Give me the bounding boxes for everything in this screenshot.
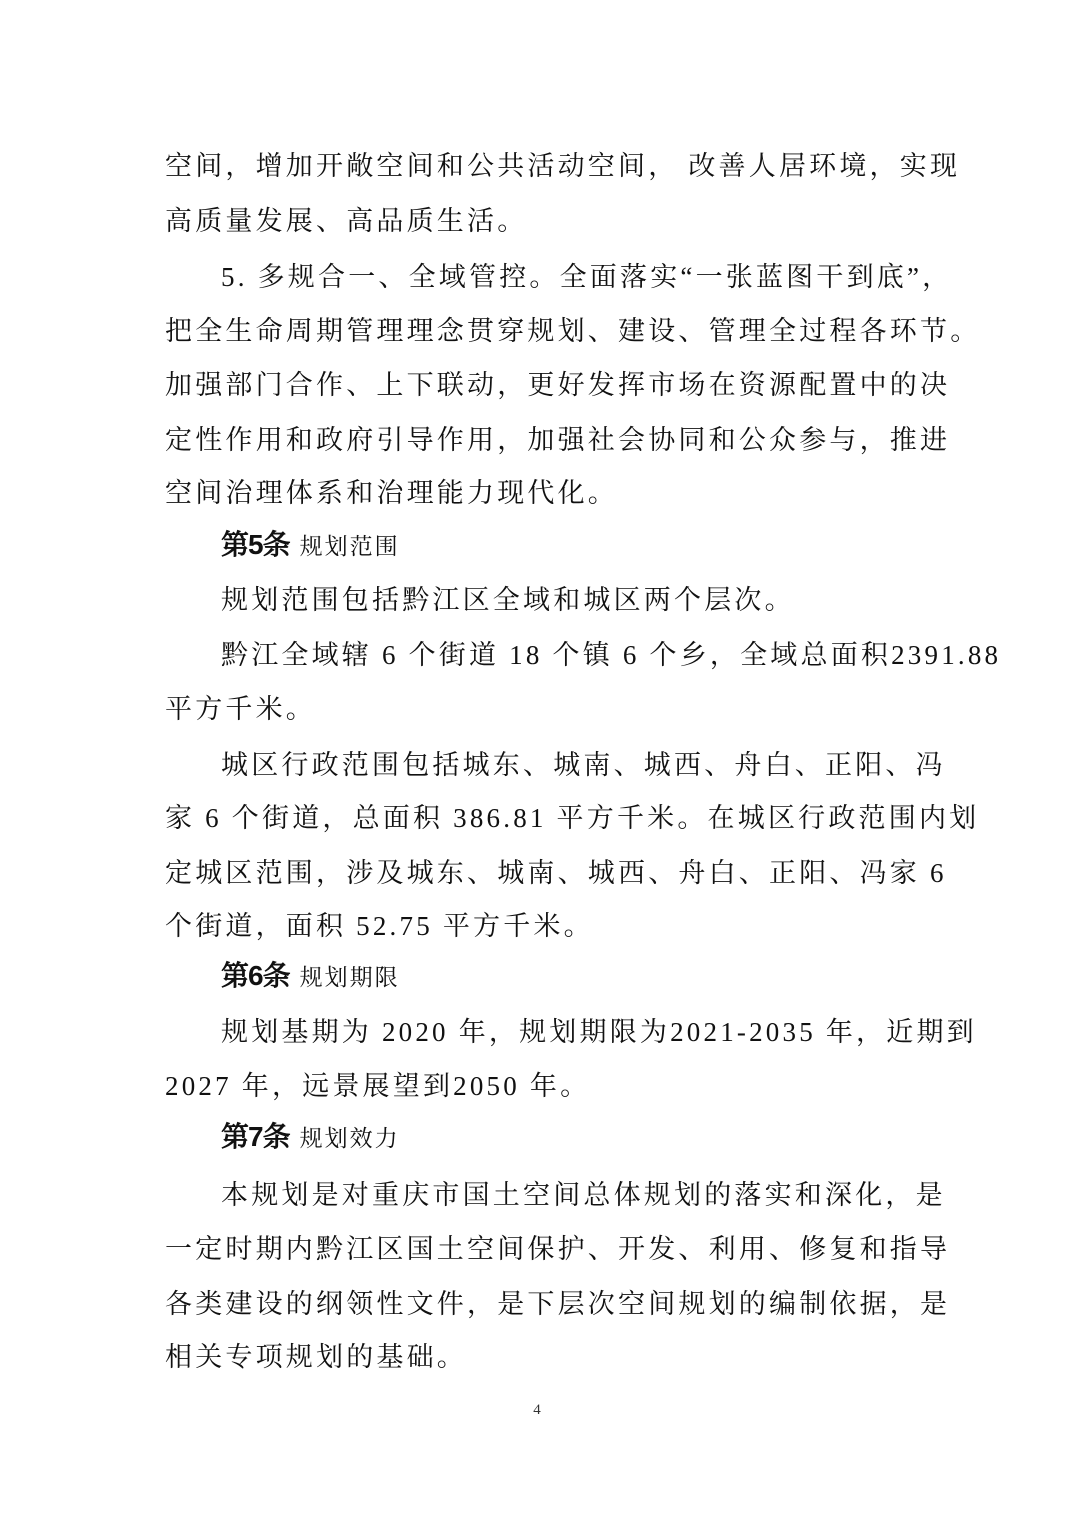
body-text-line: 平方千米。	[165, 682, 915, 736]
body-text-line: 定性作用和政府引导作用，加强社会协同和公众参与，推进	[165, 413, 915, 467]
article-title: 规划期限	[300, 965, 400, 990]
body-text-line: 规划范围包括黔江区全域和城区两个层次。	[221, 573, 915, 627]
article-6-heading: 第6条规划期限	[221, 949, 400, 1003]
body-text-line: 定城区范围，涉及城东、城南、城西、舟白、正阳、冯家 6	[165, 846, 915, 900]
article-5-heading: 第5条规划范围	[221, 518, 400, 572]
body-text-line: 加强部门合作、上下联动，更好发挥市场在资源配置中的决	[165, 358, 915, 412]
body-text-line: 空间，增加开敞空间和公共活动空间， 改善人居环境，实现	[165, 139, 915, 193]
body-text-line: 把全生命周期管理理念贯穿规划、建设、管理全过程各环节。	[165, 304, 915, 358]
body-text-line: 个街道，面积 52.75 平方千米。	[165, 899, 915, 953]
body-text-line: 相关专项规划的基础。	[165, 1330, 915, 1384]
article-title: 规划范围	[300, 534, 400, 559]
body-text-line: 空间治理体系和治理能力现代化。	[165, 466, 915, 520]
body-text-line: 规划基期为 2020 年，规划期限为2021-2035 年，近期到	[221, 1005, 915, 1059]
body-text-line: 黔江全域辖 6 个街道 18 个镇 6 个乡，全域总面积2391.88	[221, 628, 915, 682]
body-text-line: 城区行政范围包括城东、城南、城西、舟白、正阳、冯	[221, 738, 915, 792]
article-7-heading: 第7条规划效力	[221, 1110, 400, 1164]
body-text-line: 一定时期内黔江区国土空间保护、开发、利用、修复和指导	[165, 1222, 915, 1276]
article-title: 规划效力	[300, 1126, 400, 1151]
article-number: 第5条	[221, 529, 290, 560]
body-text-line: 2027 年，远景展望到2050 年。	[165, 1059, 915, 1113]
article-number: 第7条	[221, 1121, 290, 1152]
document-page: 空间，增加开敞空间和公共活动空间， 改善人居环境，实现 高质量发展、高品质生活。…	[0, 0, 1074, 1520]
body-text-line: 高质量发展、高品质生活。	[165, 194, 915, 248]
body-text-line: 各类建设的纲领性文件，是下层次空间规划的编制依据，是	[165, 1277, 915, 1331]
body-text-line: 家 6 个街道，总面积 386.81 平方千米。在城区行政范围内划	[165, 791, 915, 845]
body-text-line: 本规划是对重庆市国土空间总体规划的落实和深化，是	[221, 1168, 915, 1222]
article-number: 第6条	[221, 960, 290, 991]
principle-5-text: 5. 多规合一、全域管控。全面落实“一张蓝图干到底”，	[221, 250, 915, 304]
page-number: 4	[0, 1402, 1074, 1419]
